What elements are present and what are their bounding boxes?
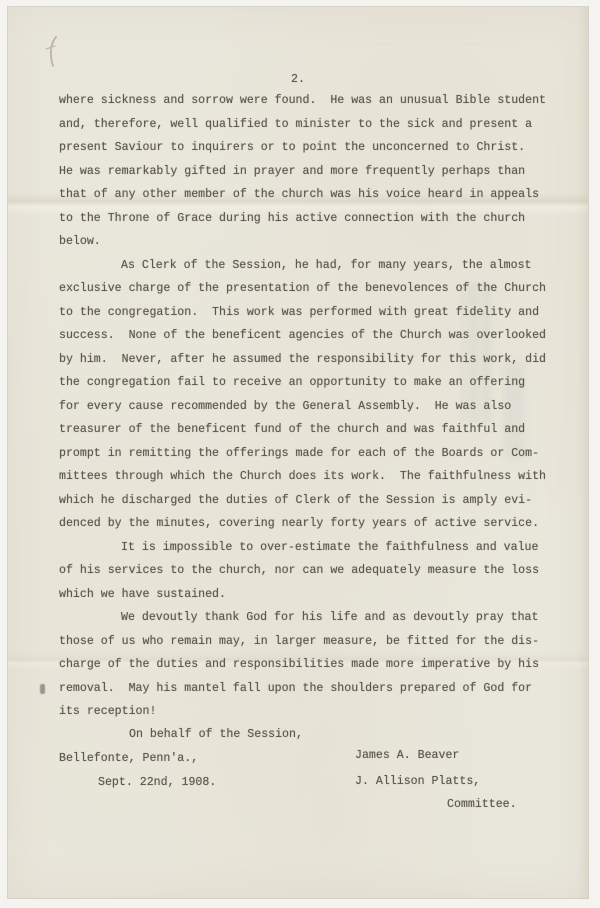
text-line: of his services to the church, nor can w… xyxy=(59,559,564,583)
text-line: its reception! xyxy=(59,700,564,724)
text-line: present Saviour to inquirers or to point… xyxy=(59,136,564,160)
text-line: treasurer of the beneficent fund of the … xyxy=(59,418,564,442)
signature-j-allison-platts: J. Allison Platts, xyxy=(355,770,480,794)
text-line: mittees through which the Church does it… xyxy=(59,465,564,489)
text-line: to the congregation. This work was perfo… xyxy=(59,301,564,325)
text-line: which he discharged the duties of Clerk … xyxy=(59,489,564,513)
text-line: success. None of the beneficent agencies… xyxy=(59,324,564,348)
text-line: that of any other member of the church w… xyxy=(59,183,564,207)
signature-james-a-beaver: James A. Beaver xyxy=(355,744,459,768)
closing-committee: Committee. xyxy=(447,793,517,817)
text-line: those of us who remain may, in larger me… xyxy=(59,630,564,654)
text-line: the congregation fail to receive an oppo… xyxy=(59,371,564,395)
text-line: prompt in remitting the offerings made f… xyxy=(59,442,564,466)
text-line: by him. Never, after he assumed the resp… xyxy=(59,348,564,372)
document-page: 2. where sickness and sorrow were found.… xyxy=(7,6,589,899)
text-line: We devoutly thank God for his life and a… xyxy=(59,606,564,630)
scanned-document: 2. where sickness and sorrow were found.… xyxy=(0,0,600,908)
text-line: which we have sustained. xyxy=(59,583,564,607)
text-line: exclusive charge of the presentation of … xyxy=(59,277,564,301)
edge-smudge xyxy=(40,684,45,694)
edge-shadow xyxy=(578,7,588,898)
text-line: He was remarkably gifted in prayer and m… xyxy=(59,160,564,184)
text-line: denced by the minutes, covering nearly f… xyxy=(59,512,564,536)
text-line: As Clerk of the Session, he had, for man… xyxy=(59,254,564,278)
paragraph: We devoutly thank God for his life and a… xyxy=(59,606,564,724)
pencil-mark xyxy=(41,34,63,70)
text-line: for every cause recommended by the Gener… xyxy=(59,395,564,419)
closing-place: Bellefonte, Penn'a., xyxy=(59,747,198,771)
text-line: below. xyxy=(59,230,564,254)
paragraph: where sickness and sorrow were found. He… xyxy=(59,89,564,254)
text-line: where sickness and sorrow were found. He… xyxy=(59,89,564,113)
closing-date: Sept. 22nd, 1908. xyxy=(98,771,216,795)
text-line: It is impossible to over-estimate the fa… xyxy=(59,536,564,560)
text-line: and, therefore, well qualified to minist… xyxy=(59,113,564,137)
text-line: charge of the duties and responsibilitie… xyxy=(59,653,564,677)
paragraph: As Clerk of the Session, he had, for man… xyxy=(59,254,564,536)
paragraph: It is impossible to over-estimate the fa… xyxy=(59,536,564,607)
text-line: to the Throne of Grace during his active… xyxy=(59,207,564,231)
closing-on-behalf: On behalf of the Session, xyxy=(129,723,303,747)
document-body: where sickness and sorrow were found. He… xyxy=(59,89,564,724)
page-number: 2. xyxy=(8,73,588,86)
text-line: removal. May his mantel fall upon the sh… xyxy=(59,677,564,701)
